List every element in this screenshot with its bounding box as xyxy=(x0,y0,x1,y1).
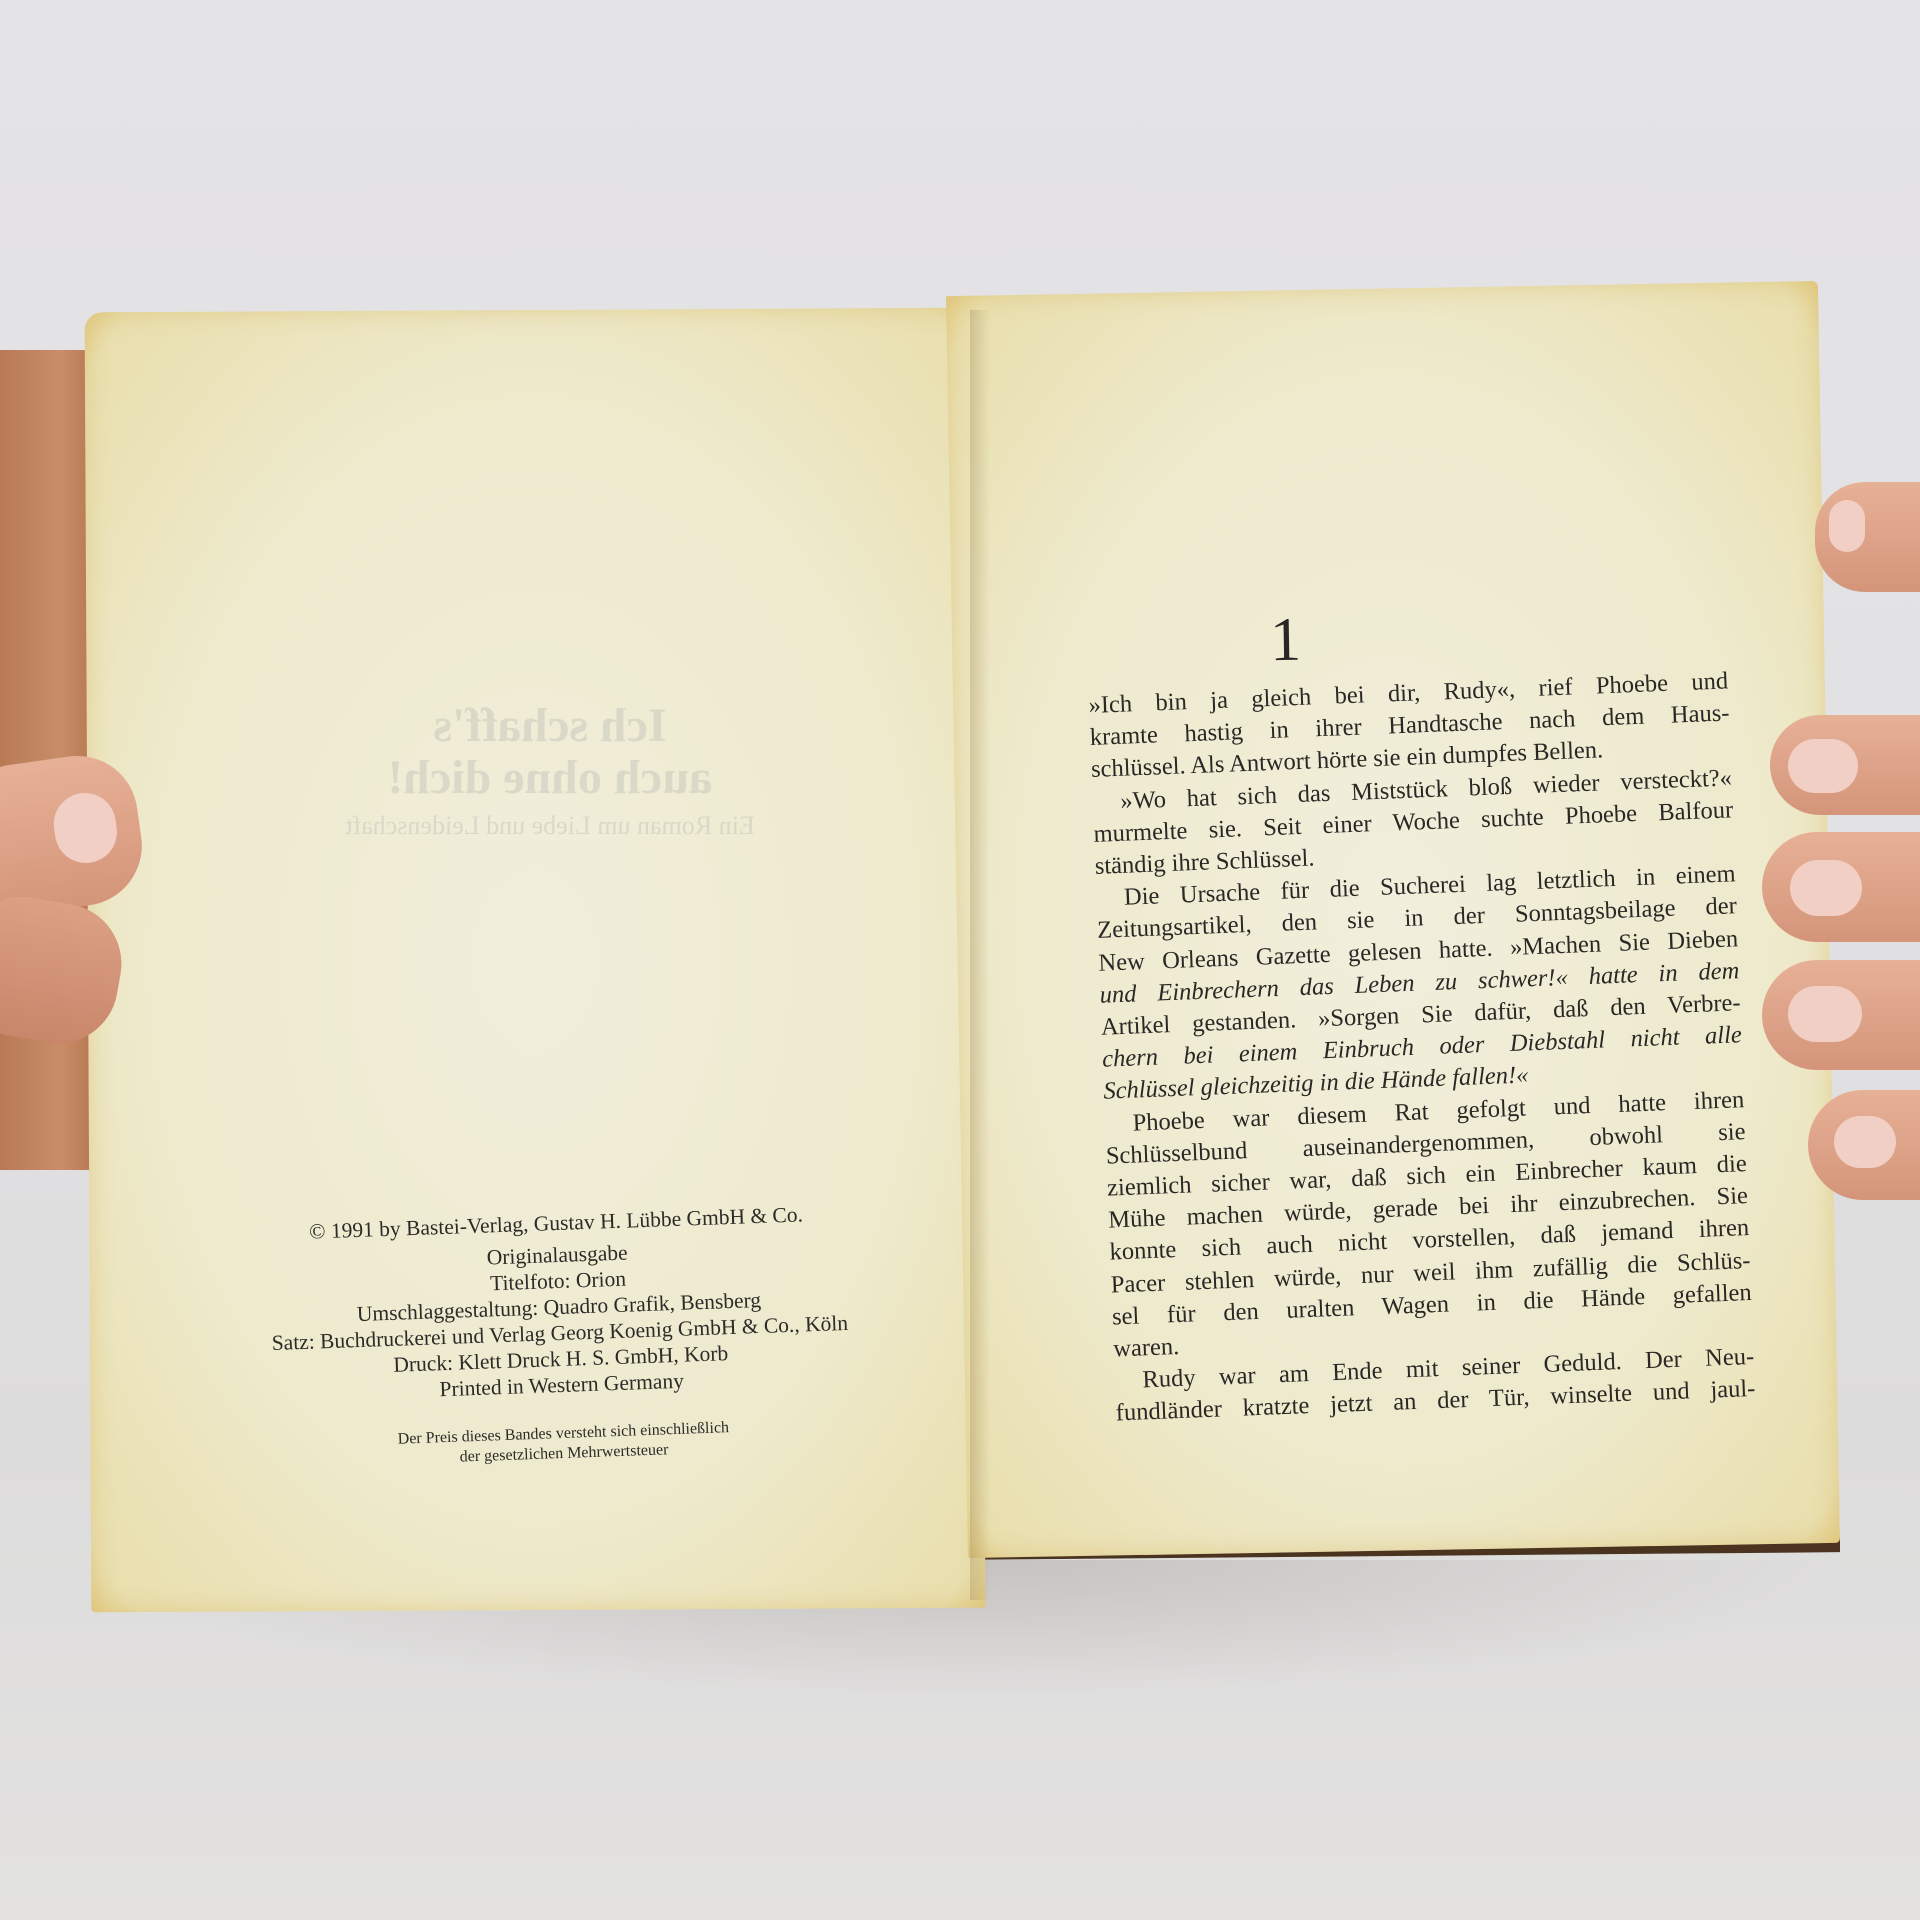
bleed-through-title: Ich schaff's auch ohne dich! Ein Roman u… xyxy=(320,700,780,842)
right-finger-2 xyxy=(1762,832,1920,942)
bleed-subtitle: Ein Roman um Liebe und Leidenschaft xyxy=(320,810,780,842)
chapter-body-text: »Ich bin ja gleich bei dir, Rudy«, rief … xyxy=(1088,665,1756,1430)
bleed-title-line2: auch ohne dich! xyxy=(320,752,780,804)
right-thumb xyxy=(1815,482,1920,592)
right-finger-4 xyxy=(1808,1090,1920,1200)
imprint-block: © 1991 by Bastei-Verlag, Gustav H. Lübbe… xyxy=(226,1199,894,1476)
book-gutter xyxy=(970,310,990,1600)
right-finger-1 xyxy=(1770,715,1920,815)
chapter-number: 1 xyxy=(1269,605,1301,677)
bleed-title-line1: Ich schaff's xyxy=(320,700,780,752)
right-finger-3 xyxy=(1762,960,1920,1070)
